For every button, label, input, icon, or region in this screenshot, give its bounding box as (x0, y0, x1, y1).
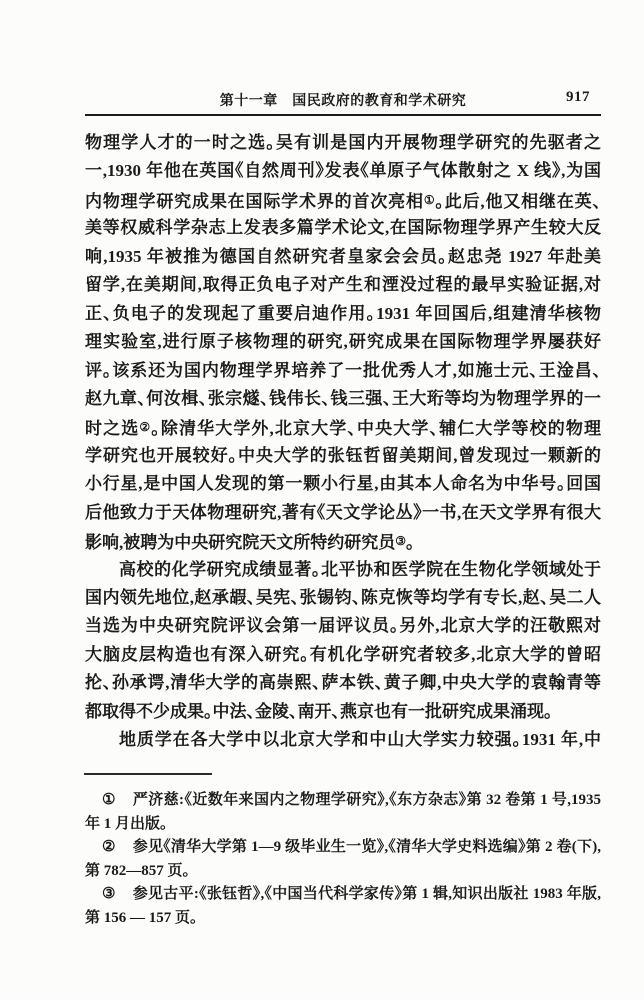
footnote-marker: ③ (102, 886, 116, 902)
page-number: 917 (566, 89, 590, 106)
paragraph: 高校的化学研究成绩显著。北平协和医学院在生物化学领域处于国内领先地位,赵承嘏、吴… (85, 556, 601, 727)
body-text-line: 美等权威科学杂志上发表多篇学术论文,在国际物理学界产生较大反 (85, 214, 601, 242)
body-text-line: 正、负电子的发现起了重要启迪作用。1931 年回国后,组建清华核物 (85, 300, 601, 328)
book-page: 第十一章 国民政府的教育和学术研究 917 物理学人才的一时之选。吴有训是国内开… (0, 0, 644, 1000)
chapter-title: 第十一章 国民政府的教育和学术研究 (85, 90, 601, 110)
footnote-text: 严济慈:《近数年来国内之物理学研究》,《东方杂志》第 32 卷第 1 号,193… (133, 792, 601, 808)
body-text-line: 地质学在各大学中以北京大学和中山大学实力较强。1931 年,中 (85, 726, 601, 754)
footnote-line-first: ③参见古平:《张钰哲》,《中国当代科学家传》第 1 辑,知识出版社 1983 年… (85, 883, 601, 907)
body-text-line: 高校的化学研究成绩显著。北平协和医学院在生物化学领域处于 (85, 556, 601, 584)
footnote-separator-rule (84, 773, 212, 775)
body-text-line: 抡、孙承谔,清华大学的高崇熙、萨本铁、黄子卿,中央大学的袁翰青等 (85, 669, 601, 697)
paragraph: 地质学在各大学中以北京大学和中山大学实力较强。1931 年,中 (85, 726, 601, 754)
body-text: 物理学人才的一时之选。吴有训是国内开展物理学研究的先驱者之一,1930 年他在英… (85, 129, 601, 755)
body-text-line: 当选为中央研究院评议会第一届评议员。另外,北京大学的汪敬熙对 (85, 612, 601, 640)
body-text-line: 响,1935 年被推为德国自然研究者皇家会会员。赵忠尧 1927 年赴美 (85, 243, 601, 271)
body-text-line: 理实验室,进行原子核物理的研究,研究成果在国际物理学界屡获好 (85, 328, 601, 356)
footnote-line: 年 1 月出版。 (85, 813, 601, 837)
header-rule (85, 114, 601, 116)
footnote-ref: ③ (395, 534, 406, 548)
footnotes: ①严济慈:《近数年来国内之物理学研究》,《东方杂志》第 32 卷第 1 号,19… (85, 789, 601, 931)
footnote-line: 第 156 — 157 页。 (85, 907, 601, 931)
footnote-text: 参见古平:《张钰哲》,《中国当代科学家传》第 1 辑,知识出版社 1983 年版… (133, 886, 601, 902)
body-text-line: 后他致力于天体物理研究,著有《天文学论丛》一书,在天文学界有很大 (85, 499, 601, 527)
body-text-line: 学研究也开展较好。中央大学的张钰哲留美期间,曾发现过一颗新的 (85, 442, 601, 470)
footnote-line: 第 782—857 页。 (85, 860, 601, 884)
footnote-marker: ② (102, 839, 116, 855)
body-text-line: 小行星,是中国人发现的第一颗小行星,由其本人命名为中华号。回国 (85, 470, 601, 498)
running-head: 第十一章 国民政府的教育和学术研究 917 (85, 89, 601, 109)
body-text-line: 都取得不少成果。中法、金陵、南开、燕京也有一批研究成果涌现。 (85, 698, 601, 726)
body-text-line: 赵九章、何汝楫、张宗燧、钱伟长、钱三强、王大珩等均为物理学界的一 (85, 385, 601, 413)
body-text-line: 评。该系还为国内物理学界培养了一批优秀人才,如施士元、王淦昌、 (85, 357, 601, 385)
body-text-line: 时之选②。除清华大学外,北京大学、中央大学、辅仁大学等校的物理 (85, 413, 601, 441)
paragraph: 物理学人才的一时之选。吴有训是国内开展物理学研究的先驱者之一,1930 年他在英… (85, 129, 601, 556)
body-text-line: 一,1930 年他在英国《自然周刊》发表《单原子气体散射之 X 线》,为国 (85, 157, 601, 185)
body-text-line: 留学,在美期间,取得正负电子对产生和湮没过程的最早实验证据,对 (85, 271, 601, 299)
body-text-line: 大脑皮层构造也有深入研究。有机化学研究者较多,北京大学的曾昭 (85, 641, 601, 669)
footnote-text: 参见《清华大学第 1—9 级毕业生一览》,《清华大学史料选编》第 2 卷(下), (133, 839, 601, 855)
body-text-line: 物理学人才的一时之选。吴有训是国内开展物理学研究的先驱者之 (85, 129, 601, 157)
body-text-line: 国内领先地位,赵承嘏、吴宪、张锡钧、陈克恢等均学有专长,赵、吴二人 (85, 584, 601, 612)
footnote-ref: ① (424, 193, 436, 207)
footnote-ref: ② (139, 420, 151, 434)
body-text-line: 影响,被聘为中央研究院天文所特约研究员③。 (85, 527, 601, 555)
footnote-line-first: ②参见《清华大学第 1—9 级毕业生一览》,《清华大学史料选编》第 2 卷(下)… (85, 836, 601, 860)
body-text-line: 内物理学研究成果在国际学术界的首次亮相①。此后,他又相继在英、 (85, 186, 601, 214)
footnote-line-first: ①严济慈:《近数年来国内之物理学研究》,《东方杂志》第 32 卷第 1 号,19… (85, 789, 601, 813)
footnote-marker: ① (102, 792, 116, 808)
